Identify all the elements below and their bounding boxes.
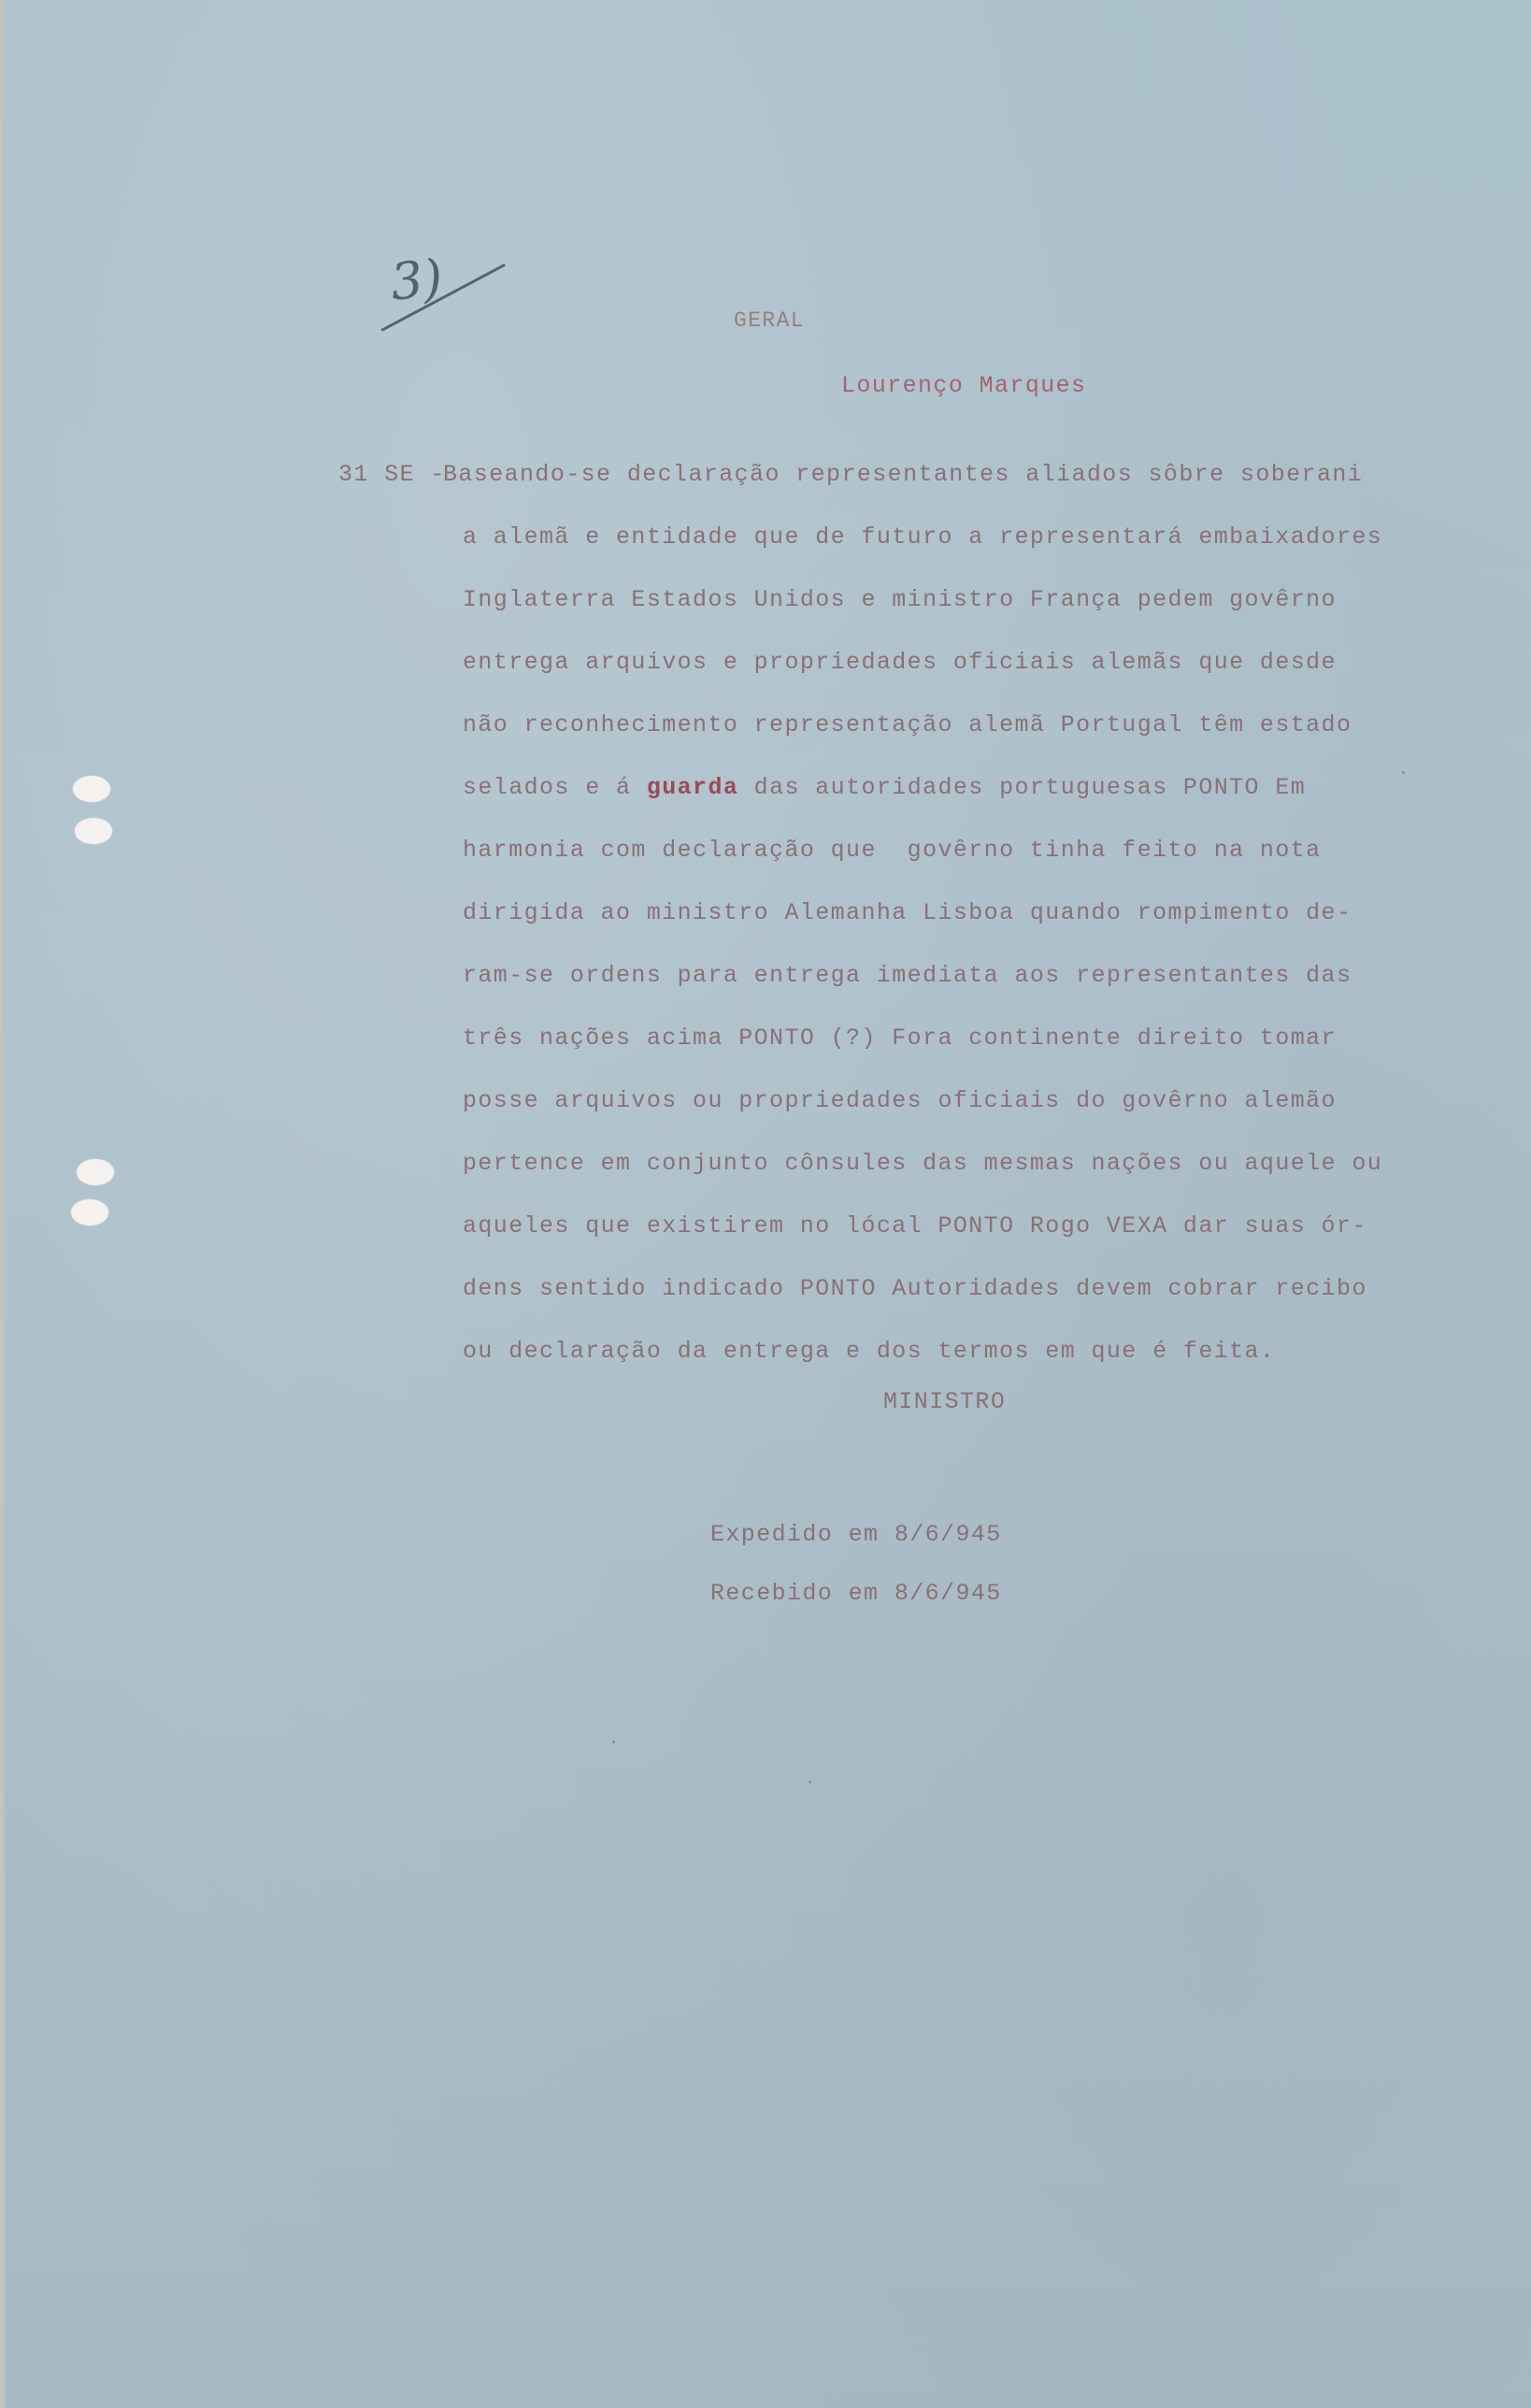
punch-hole-1 — [73, 776, 110, 802]
message-line: harmonia com declaração que govêrno tinh… — [463, 837, 1322, 864]
message-line: entrega arquivos e propriedades oficiais… — [463, 649, 1337, 676]
message-text: selados e á — [463, 774, 647, 801]
message-line: Inglaterra Estados Unidos e ministro Fra… — [463, 586, 1337, 613]
header-location: Lourenço Marques — [841, 372, 1086, 399]
punch-hole-2 — [75, 818, 112, 844]
message-line: não reconhecimento representação alemã P… — [463, 711, 1352, 738]
paper-speck — [612, 1741, 615, 1743]
punch-hole-4 — [71, 1199, 108, 1225]
punch-hole-3 — [77, 1159, 114, 1185]
message-text: das autoridades portuguesas PONTO Em — [738, 774, 1306, 801]
document-page: 3) GERAL Lourenço Marques 31 SE - Basean… — [0, 0, 1531, 2408]
header-category: GERAL — [734, 308, 805, 333]
message-line: aqueles que existirem no lócal PONTO Rog… — [463, 1212, 1367, 1240]
message-line: selados e á guarda das autoridades portu… — [463, 774, 1306, 801]
message-line: posse arquivos ou propriedades oficiais … — [463, 1087, 1337, 1114]
message-line: três nações acima PONTO (?) Fora contine… — [463, 1025, 1337, 1052]
paper-speck — [808, 1781, 811, 1784]
message-line: ou declaração da entrega e dos termos em… — [463, 1338, 1275, 1365]
message-line: Baseando-se declaração representantes al… — [443, 461, 1363, 488]
message-reference: 31 SE - — [338, 461, 446, 488]
paper-edge — [0, 0, 6, 2408]
dispatch-sent: Expedido em 8/6/945 — [710, 1521, 1002, 1548]
signature: MINISTRO — [883, 1388, 1006, 1415]
emphasized-word: guarda — [647, 774, 738, 801]
message-line: dirigida ao ministro Alemanha Lisboa qua… — [463, 899, 1352, 926]
message-line: a alemã e entidade que de futuro a repre… — [463, 523, 1382, 551]
message-line: ram-se ordens para entrega imediata aos … — [463, 962, 1352, 989]
message-line: dens sentido indicado PONTO Autoridades … — [463, 1275, 1367, 1302]
paper-speck — [1402, 771, 1405, 774]
dispatch-received: Recebido em 8/6/945 — [710, 1580, 1002, 1607]
message-line: pertence em conjunto cônsules das mesmas… — [463, 1150, 1382, 1177]
